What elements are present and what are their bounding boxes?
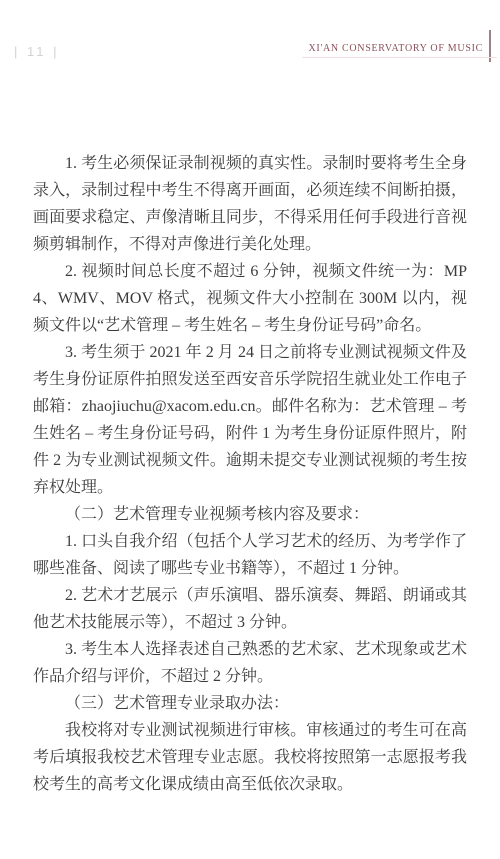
paragraph-video-authenticity: 1. 考生必须保证录制视频的真实性。录制时要将考生全身录入，录制过程中考生不得离… <box>33 150 467 258</box>
paragraph-self-introduction: 1. 口头自我介绍（包括个人学习艺术的经历、为考学作了哪些准备、阅读了哪些专业书… <box>33 528 467 582</box>
paragraph-artist-commentary: 3. 考生本人选择表述自己熟悉的艺术家、艺术现象或艺术作品介绍与评价，不超过 2… <box>33 636 467 690</box>
section-heading-admission-method: （三）艺术管理专业录取办法： <box>33 690 467 717</box>
paragraph-submission-email: 3. 考生须于 2021 年 2 月 24 日之前将专业测试视频文件及考生身份证… <box>33 339 467 501</box>
paragraph-admission-policy: 我校将对专业测试视频进行审核。审核通过的考生可在高考后填报我校艺术管理专业志愿。… <box>33 717 467 798</box>
page-number: | 11 | <box>14 44 59 59</box>
paragraph-video-format: 2. 视频时间总长度不超过 6 分钟，视频文件统一为：MP4、WMV、MOV 格… <box>33 258 467 339</box>
document-page: | 11 | XI'AN CONSERVATORY OF MUSIC 1. 考生… <box>0 0 500 859</box>
document-body: 1. 考生必须保证录制视频的真实性。录制时要将考生全身录入，录制过程中考生不得离… <box>33 150 467 798</box>
header-rule-line <box>302 57 497 58</box>
institution-name: XI'AN CONSERVATORY OF MUSIC <box>309 43 483 54</box>
section-heading-video-assessment: （二）艺术管理专业视频考核内容及要求： <box>33 501 467 528</box>
paragraph-talent-show: 2. 艺术才艺展示（声乐演唱、器乐演奏、舞蹈、朗诵或其他艺术技能展示等），不超过… <box>33 582 467 636</box>
